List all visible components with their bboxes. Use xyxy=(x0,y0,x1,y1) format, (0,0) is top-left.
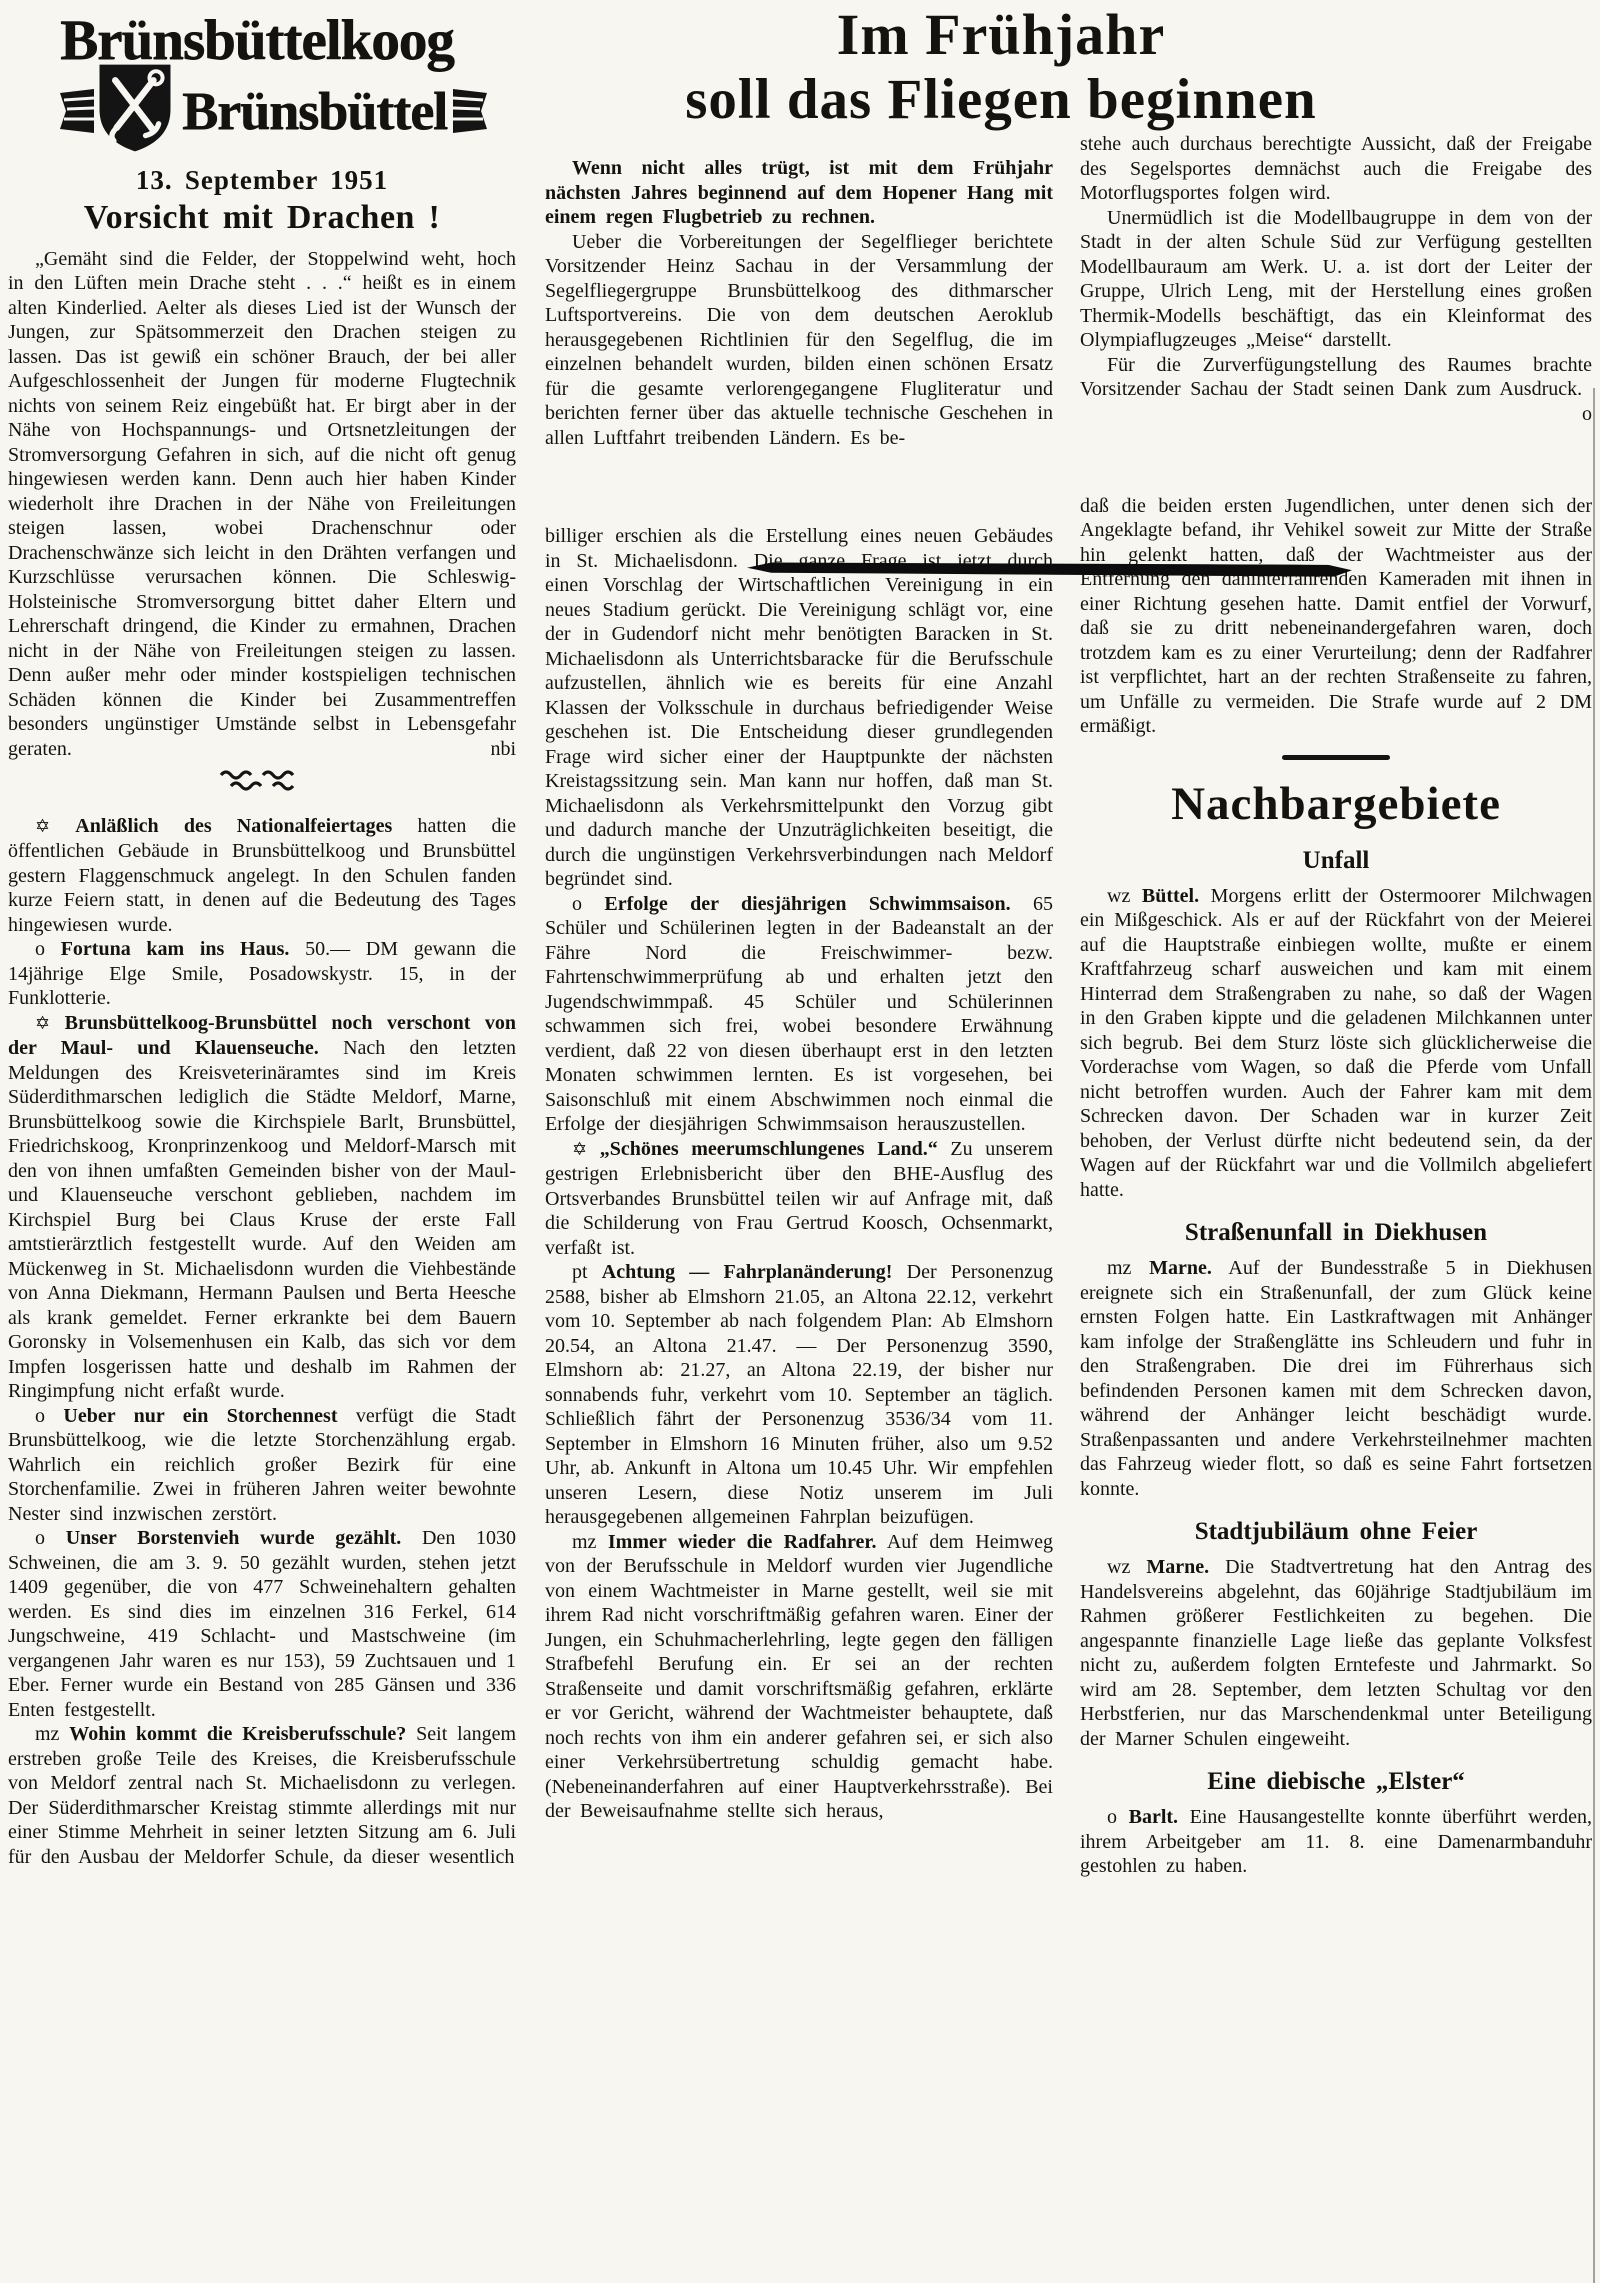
article-heading: Straßenunfall in Diekhusen xyxy=(1080,1218,1592,1248)
news-item: mz Immer wieder die Radfahrer. Auf dem H… xyxy=(545,1530,1053,1824)
ribbon-left-icon xyxy=(60,89,94,133)
author-sig: o xyxy=(1555,402,1592,427)
section-title-nachbargebiete: Nachbargebiete xyxy=(1080,778,1592,830)
article-continuation: stehe auch durchaus berechtigte Aussicht… xyxy=(1080,132,1592,206)
squiggle-divider-icon xyxy=(8,767,516,800)
news-item: pt Achtung — Fahrplanänderung! Der Perso… xyxy=(545,1260,1053,1530)
section-gap xyxy=(545,450,1053,524)
masthead: Brünsbüttelkoog xyxy=(8,6,516,154)
star-marker-icon: ✡ xyxy=(572,1139,587,1160)
headline-line-2: soll das Fliegen beginnen xyxy=(545,70,1457,130)
news-item: ✡ Anläßlich des Nationalfeiertages hatte… xyxy=(8,814,516,938)
correspondent-sigle: wz xyxy=(1107,1556,1130,1578)
article-lead: Wenn nicht alles trügt, ist mit dem Früh… xyxy=(545,156,1053,230)
column-left: Brünsbüttelkoog xyxy=(8,6,516,1869)
news-item: o Unser Borstenvieh wurde gezählt. Den 1… xyxy=(8,1526,516,1722)
article-paragraph: Unermüdlich ist die Modellbaugruppe in d… xyxy=(1080,206,1592,353)
article-continuation: daß die beiden ersten Jugendlichen, unte… xyxy=(1080,494,1592,739)
news-item: o Fortuna kam ins Haus. 50.— DM gewann d… xyxy=(8,937,516,1011)
short-divider-rule xyxy=(1282,755,1390,760)
masthead-title-line2: Brünsbüttel xyxy=(182,81,447,141)
item-marker: pt xyxy=(572,1261,588,1283)
correspondent-sigle: o xyxy=(1107,1806,1117,1828)
news-item: ✡ „Schönes meerumschlungenes Land.“ Zu u… xyxy=(545,1137,1053,1261)
author-initials: nbi xyxy=(463,737,516,762)
town-crest-icon xyxy=(94,62,176,154)
news-item: ✡ Brunsbüttelkoog-Brunsbüttel noch versc… xyxy=(8,1011,516,1404)
article-body: „Gemäht sind die Felder, der Stoppelwind… xyxy=(8,247,516,762)
correspondent-sigle: mz xyxy=(1107,1257,1131,1279)
column-right: stehe auch durchaus berechtigte Aussicht… xyxy=(1080,132,1592,1879)
article-heading: Unfall xyxy=(1080,846,1592,876)
news-article: wz Büttel. Morgens erlitt der Ostermoore… xyxy=(1080,884,1592,1203)
article-vorsicht-mit-drachen: Vorsicht mit Drachen ! „Gemäht sind die … xyxy=(8,199,516,762)
ribbon-right-icon xyxy=(453,89,487,133)
item-marker: o xyxy=(35,1405,45,1427)
article-heading: Stadtjubiläum ohne Feier xyxy=(1080,1517,1592,1547)
item-marker: mz xyxy=(35,1723,59,1745)
item-marker: mz xyxy=(572,1531,596,1553)
main-headline: Im Frühjahr soll das Fliegen beginnen xyxy=(545,0,1457,130)
item-marker: o xyxy=(35,1527,45,1549)
headline-line-1: Im Frühjahr xyxy=(545,0,1457,70)
article-continuation: billiger erschien als die Erstellung ein… xyxy=(545,524,1053,892)
news-article: mz Marne. Auf der Bundesstraße 5 in Diek… xyxy=(1080,1256,1592,1501)
page-edge-line xyxy=(1593,388,1595,2283)
star-marker-icon: ✡ xyxy=(35,1013,50,1034)
news-item: o Ueber nur ein Storchennest verfügt die… xyxy=(8,1404,516,1527)
article-heading: Eine diebische „Elster“ xyxy=(1080,1767,1592,1797)
news-item: o Erfolge der diesjährigen Schwimmsaison… xyxy=(545,892,1053,1137)
article-paragraph: Für die Zurverfügungstellung des Raumes … xyxy=(1080,353,1592,402)
column-middle: Wenn nicht alles trügt, ist mit dem Früh… xyxy=(545,156,1053,1824)
news-article: o Barlt. Eine Hausangestellte konnte übe… xyxy=(1080,1805,1592,1879)
issue-date: 13. September 1951 xyxy=(8,168,516,193)
article-paragraph: Ueber die Vorbereitungen der Segelfliege… xyxy=(545,230,1053,451)
correspondent-sigle: wz xyxy=(1107,885,1130,907)
newspaper-page: Im Frühjahr soll das Fliegen beginnen Br… xyxy=(0,0,1600,2283)
item-marker: o xyxy=(35,938,45,960)
item-marker: o xyxy=(572,893,582,915)
news-item: mz Wohin kommt die Kreisberufsschule? Se… xyxy=(8,1722,516,1869)
star-marker-icon: ✡ xyxy=(35,816,50,837)
section-gap xyxy=(1080,402,1592,494)
news-article: wz Marne. Die Stadtvertretung hat den An… xyxy=(1080,1555,1592,1751)
article-title: Vorsicht mit Drachen ! xyxy=(8,199,516,237)
